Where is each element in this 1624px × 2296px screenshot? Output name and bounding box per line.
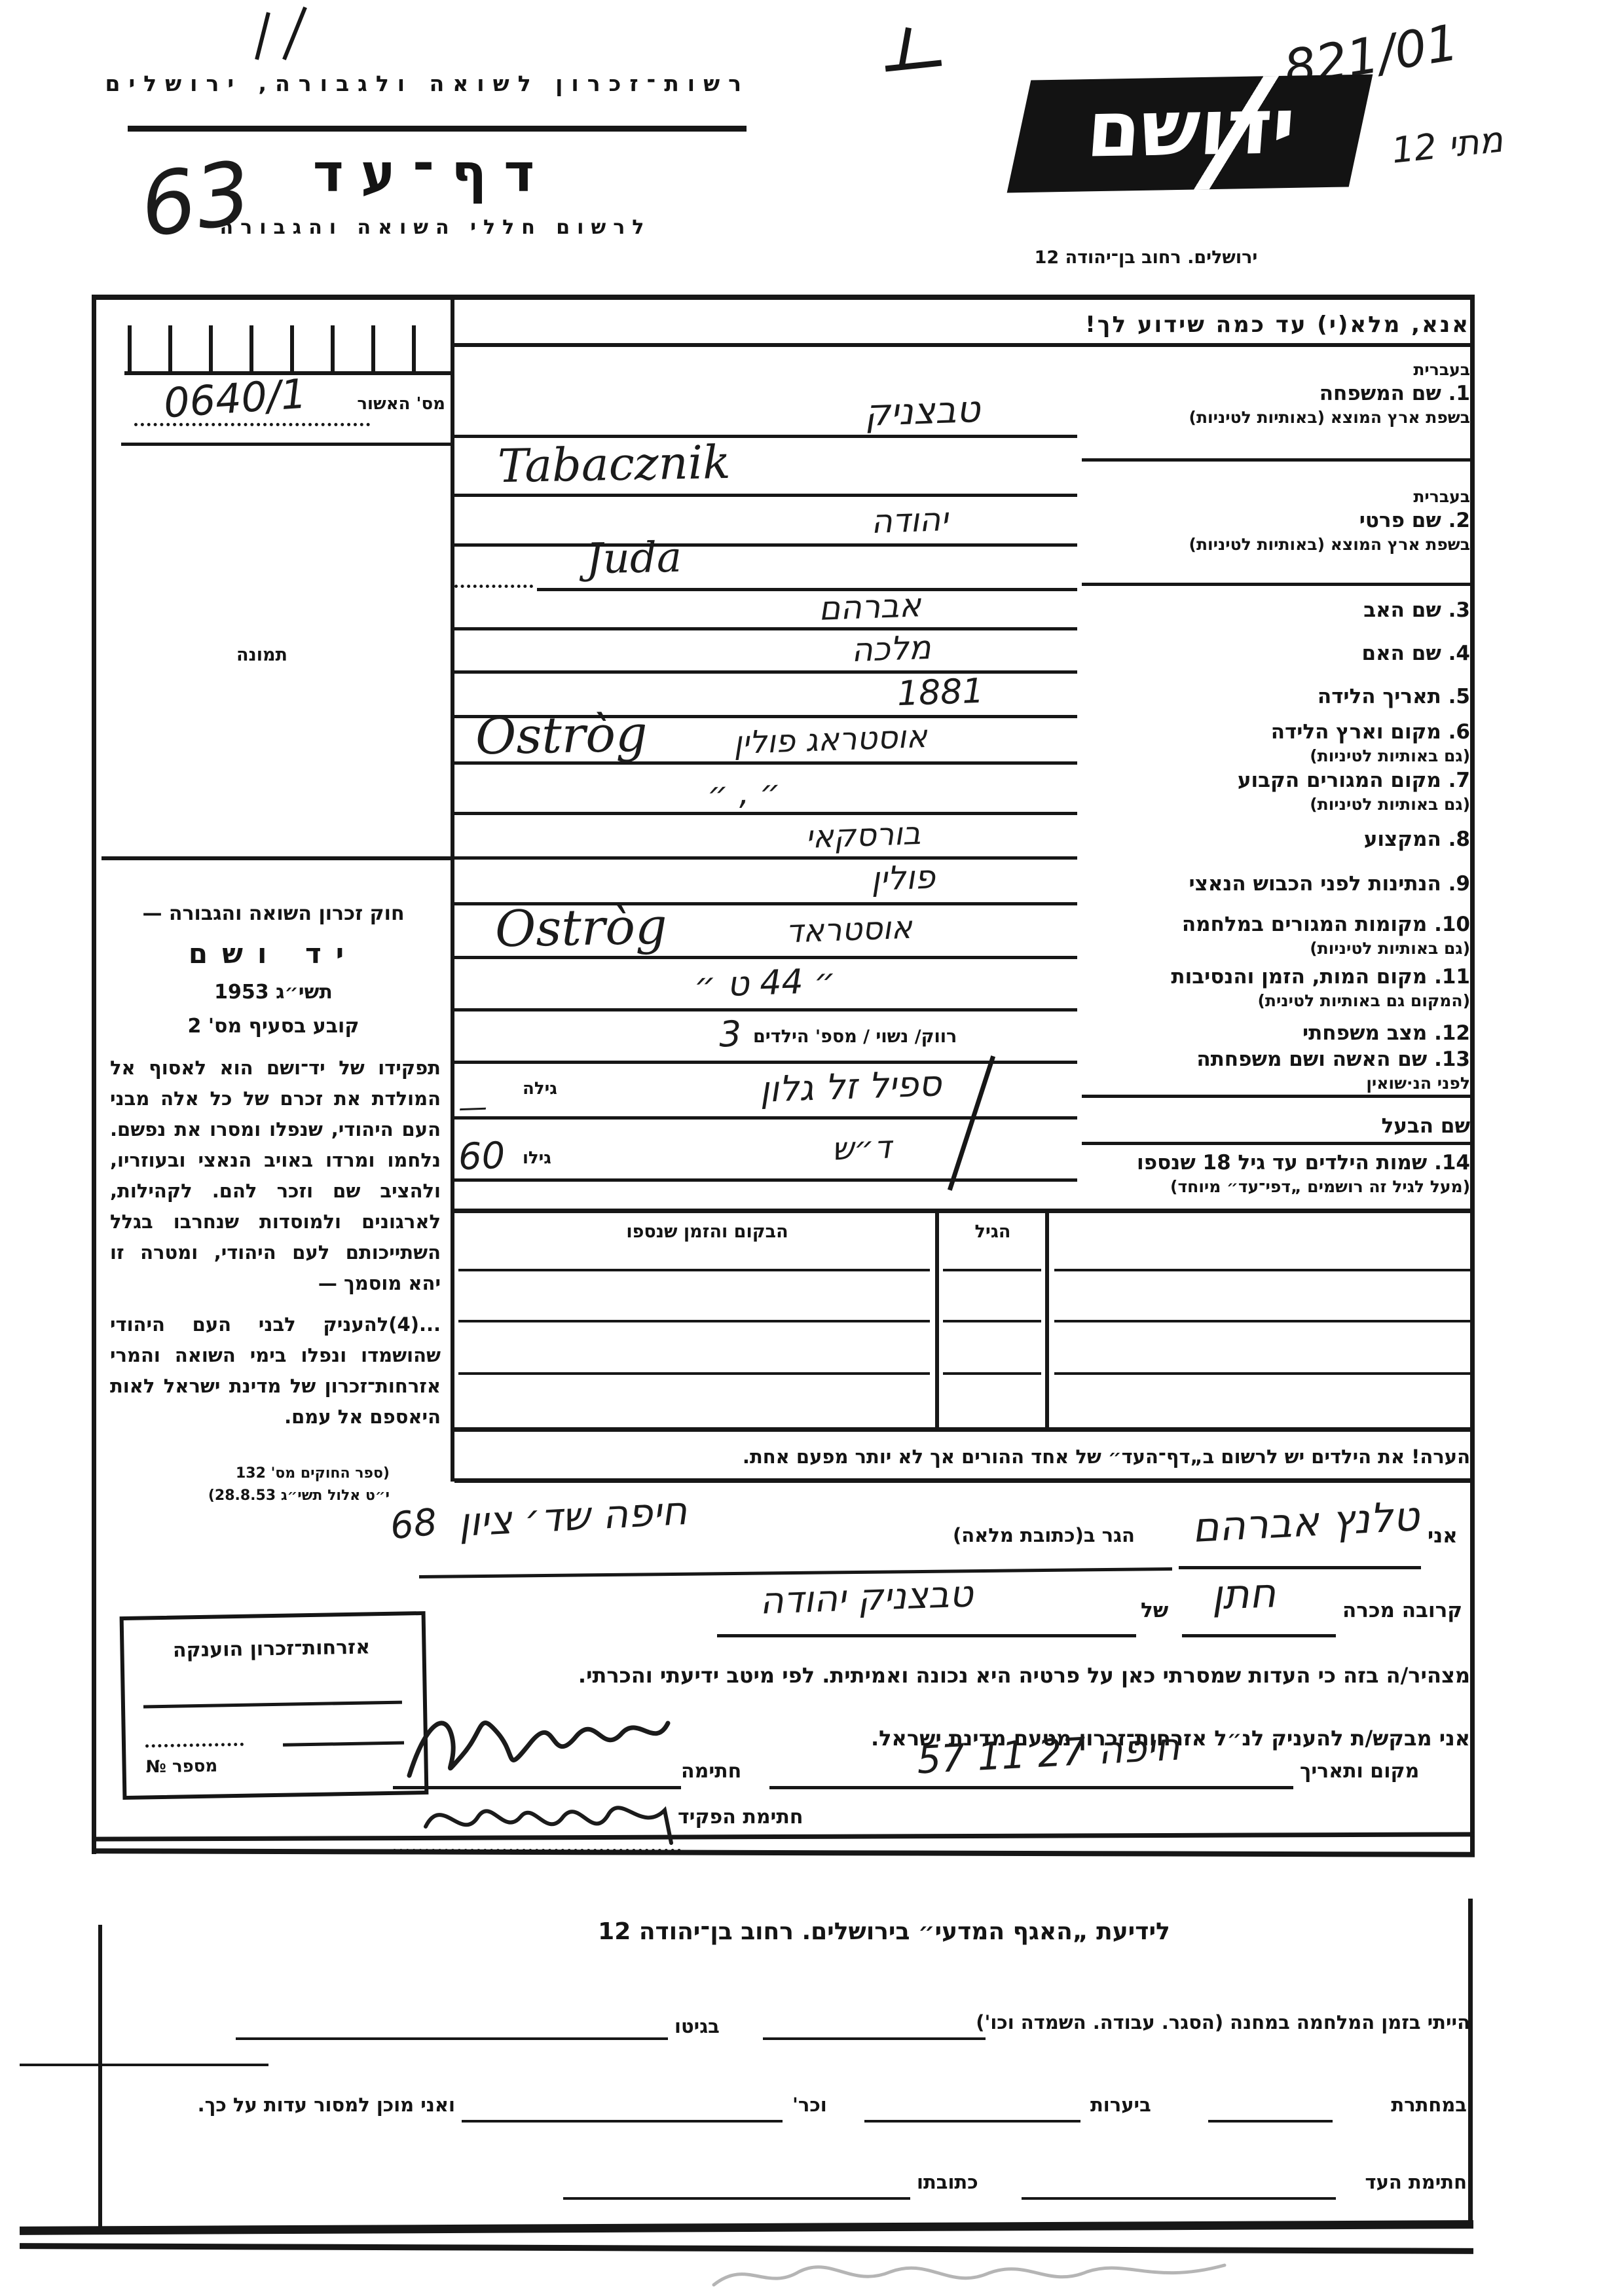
children-note: הערה! את הילדים יש לרשום ב„דף־העד״ של אח…	[458, 1446, 1470, 1468]
bottom-header: לידיעת „האגף המדעי״ בירושלים. רחוב בן־יה…	[393, 1918, 1375, 1945]
bottom-blank-line	[462, 2120, 783, 2123]
field10-labels: 10. מקומות המגורים במלחמה (גם באותיות לט…	[1082, 911, 1470, 959]
header-rule	[128, 126, 747, 132]
label-underline	[1082, 458, 1470, 462]
bottom-underground-label: במחתרת	[1336, 2094, 1467, 2116]
entry-citizenship: פולין	[870, 858, 936, 898]
field2-labels: בעברית 2. שם פרטי בשפת ארץ המוצא (באותיו…	[1082, 486, 1470, 555]
table-row-line	[943, 1320, 1041, 1322]
field14-label: 14. שמות הילדים עד גיל 18 שנספו	[1082, 1150, 1470, 1176]
field11-label: 11. מקום המות, הזמן והנסיבות	[1082, 964, 1470, 990]
page-title: דף־עד	[262, 143, 602, 204]
note-bottom-rule	[454, 1478, 1470, 1483]
photo-placeholder-label: תמונה	[196, 645, 327, 665]
field12-label: 12. מצב משפחתי	[1082, 1020, 1470, 1046]
law-reference-2: י״ט אלול תשי״ג 28.8.53)	[115, 1487, 390, 1504]
decl-underline	[1179, 1566, 1421, 1569]
entry-profession: בורסקאי	[805, 815, 921, 856]
bottom-blank-line	[563, 2197, 910, 2200]
field2-lang-label: בעברית	[1082, 486, 1470, 507]
entry-residence-ditto: ״ , ״	[707, 773, 781, 813]
table-row-line	[943, 1372, 1041, 1375]
table-row-line	[458, 1269, 930, 1271]
law-clause: קובע בסעיף מס' 2	[108, 1015, 439, 1038]
clerk-underline	[393, 1849, 681, 1852]
stamp-title: אזרחות־זכרון הוענקה	[137, 1635, 406, 1662]
decl-of-label: של	[1141, 1599, 1168, 1622]
field8-label: 8. המקצוע	[1082, 826, 1470, 852]
entry-line	[454, 1116, 1077, 1120]
law-paragraph-1: תפקידו של יד־ושם הוא לאסוף אל המולדת את …	[110, 1053, 441, 1299]
decl-place-date-label: מקום ותאריך	[1300, 1760, 1419, 1783]
pen-mark	[255, 12, 270, 60]
clerk-signature	[413, 1781, 674, 1853]
entry-birth-date: 1881	[896, 672, 984, 714]
entry-line	[454, 1178, 1077, 1182]
field14-sub-label: (מעל לגיל זה רושמים „דפי־עד״ מיוחד)	[1082, 1176, 1470, 1197]
field6-labels: 6. מקום וארץ הלידה (גם באותיות לטיניות)	[1082, 719, 1470, 767]
bottom-blank-line	[864, 2120, 1080, 2123]
yad-vashem-logo: ידושם	[1007, 74, 1373, 192]
approval-number-label: מס' האשור	[341, 394, 445, 414]
wife-age-label: גילה	[523, 1079, 557, 1099]
entry-line	[454, 856, 1077, 860]
husband-name-label: שם הבעל	[1082, 1113, 1470, 1139]
field2-label: 2. שם פרטי	[1082, 507, 1470, 534]
field14-labels: 14. שמות הילדים עד גיל 18 שנספו (מעל לגי…	[1082, 1150, 1470, 1197]
decl-of-name: טבצניק יהודה	[759, 1573, 974, 1622]
pen-mark	[899, 27, 912, 66]
table-col-place: הבקום והזמן שנספו	[524, 1222, 891, 1242]
decl-underline	[419, 1567, 1172, 1578]
decl-relation-label: קרובה מכרה	[1342, 1599, 1462, 1622]
hand-number-63: 63	[134, 142, 257, 257]
field5-label: 5. תאריך הלידה	[1082, 683, 1470, 710]
law-paragraph-2: ‏...(4)להעניק לבני העם היהודי שהושמדו ונ…	[110, 1309, 441, 1432]
table-row-line	[1054, 1372, 1470, 1375]
entry-first-name-lat: Juda	[585, 534, 682, 584]
table-row-line	[458, 1372, 930, 1375]
decl-statement: מצהיר/ה בזה כי העדות שמסרתי כאן על פרטיה…	[454, 1663, 1470, 1688]
label-underline	[1082, 583, 1470, 586]
entry-line	[454, 435, 1077, 438]
entry-war-residence-heb: אוסטראד	[785, 909, 913, 951]
field9-label: 9. הנתינות לפני הכבוש הנאצי	[1082, 871, 1470, 897]
entry-mother-name: מלכה	[851, 629, 931, 669]
marital-status-options: רווק/ נשוי / מספ' הילדים	[753, 1027, 1015, 1047]
entry-birth-place-lat: Ostròg	[475, 704, 648, 766]
table-row-line	[1054, 1320, 1470, 1322]
bottom-blank-line	[20, 2064, 268, 2066]
table-row-line	[1054, 1269, 1470, 1271]
entry-family-name-lat: Tabacznik	[497, 435, 731, 493]
field7-sub-label: (גם באותיות לטיניות)	[1082, 793, 1470, 815]
label-underline	[1082, 1142, 1470, 1145]
entry-line	[454, 494, 1077, 497]
bottom-box-left	[98, 1925, 102, 2227]
bottom-camp-label: הייתי בזמן המלחמה במחנה (הסגר. עבודה. הש…	[986, 2011, 1470, 2033]
field10-sub-label: (גם באותיות לטיניות)	[1082, 938, 1470, 959]
law-reference-1: (ספר החוקים מס' 132	[115, 1465, 390, 1482]
decl-signature-label: חתימה	[681, 1760, 741, 1783]
stamp-line2	[283, 1741, 404, 1747]
instruction-rule	[454, 343, 1470, 347]
entry-line	[454, 627, 1077, 630]
entry-line-dashed	[454, 585, 533, 588]
table-row-line	[458, 1320, 930, 1322]
field6-sub-label: (גם באותיות לטיניות)	[1082, 745, 1470, 767]
field13-labels: 13. שם האשה ושם משפחתה לפני הנ·שואין	[1082, 1046, 1470, 1094]
field3-label: 3. שם האב	[1082, 597, 1470, 623]
stamp-number-label: מספר №	[145, 1757, 217, 1777]
table-top-rule	[454, 1209, 1470, 1213]
org-address: ירושלים. רחוב בן־יהודה 12	[1002, 247, 1290, 268]
bottom-witness-sig-label: חתימת העד	[1342, 2171, 1467, 2193]
bottom-forests-label: ביערות	[1090, 2094, 1151, 2116]
sidebar-rule2	[101, 856, 451, 860]
entry-birth-place-heb: אוסטראג פולין	[733, 718, 928, 761]
ruler-comb	[128, 325, 450, 373]
decl-clerk-label: חתימת הפקיד	[678, 1806, 803, 1829]
bottom-ready-label: ואני מוכן למסור עדות על כך.	[79, 2094, 455, 2116]
bottom-ghetto-label: בגיטו	[674, 2015, 720, 2037]
entry-wife-name: ספיל זל גלון	[759, 1063, 942, 1110]
law-year: תשי״ג 1953	[108, 981, 439, 1004]
bottom-blank-line	[1022, 2197, 1336, 2200]
entry-line	[454, 1061, 1077, 1064]
field2-sub-label: בשפת ארץ המוצא (באותיות לטיניות)	[1082, 534, 1470, 555]
husband-age-label: גילו	[523, 1148, 551, 1168]
fill-instruction: אנא, מלא(י) עד כמה שידוע לך!	[1048, 312, 1470, 338]
field11-sub-label: (המקום גם באותיות לטינית)	[1082, 990, 1470, 1011]
entry-husband-age: 60	[458, 1135, 506, 1178]
law-title: חוק זכרון השואה והגבורה —	[108, 902, 439, 925]
field7-labels: 7. מקום המגורים הקבוע (גם באותיות לטיניו…	[1082, 767, 1470, 815]
decl-i-label: אני	[1428, 1524, 1458, 1548]
entry-line	[454, 812, 1077, 815]
sidebar-rule1	[121, 443, 451, 446]
table-row-line	[943, 1269, 1041, 1271]
field4-label: 4. שם האם	[1082, 640, 1470, 666]
approval-underline	[134, 423, 370, 426]
table-vline	[1045, 1209, 1049, 1430]
org-title: רשות־זכרון לשואה ולגבורה, ירושלים	[128, 71, 750, 96]
entry-children-count: 3	[718, 1013, 743, 1055]
field1-sub-label: בשפת ארץ המוצא (באותיות לטיניות)	[1082, 407, 1470, 428]
entry-line	[454, 1008, 1077, 1011]
entry-husband-mark: ד״ש	[831, 1129, 892, 1167]
pen-stroke-diagonal	[948, 1055, 995, 1191]
decl-address-number: 68	[388, 1501, 439, 1548]
bottom-blank-line	[236, 2037, 668, 2040]
form-border-bottom1	[92, 1832, 1475, 1841]
bottom-etc-label: וכר'	[792, 2094, 827, 2116]
form-border-left	[92, 295, 96, 1854]
citizenship-stamp-box: אזרחות־זכרון הוענקה מספר №	[120, 1611, 429, 1800]
wife-age-mark: —	[458, 1090, 488, 1125]
decl-underline	[769, 1786, 1293, 1789]
pen-mark	[282, 7, 307, 60]
testimony-page: רשות־זכרון לשואה ולגבורה, ירושלים דף־עד …	[0, 0, 1624, 2296]
approval-number-value: 0640/1	[162, 369, 308, 427]
field1-lang-label: בעברית	[1082, 359, 1470, 380]
bottom-box-right	[1468, 1899, 1473, 2227]
entry-death-place: ״ 44 ט ״	[693, 961, 836, 1006]
field13-label: 13. שם האשה ושם משפחתה	[1082, 1046, 1470, 1072]
field11-labels: 11. מקום המות, הזמן והנסיבות (המקום גם ב…	[1082, 964, 1470, 1011]
stamp-line3	[145, 1743, 244, 1748]
bottom-blank-line	[1208, 2120, 1333, 2123]
decl-address-label: הגר ב(כתובת מלאה)	[953, 1524, 1135, 1546]
logo-text: ידושם	[1043, 80, 1339, 175]
entry-line	[537, 588, 1077, 591]
decl-witness-address: חיפה שד׳ ציון	[457, 1488, 688, 1546]
field10-label: 10. מקומות המגורים במלחמה	[1082, 911, 1470, 938]
form-border-right	[1470, 295, 1475, 1854]
decl-witness-name: טלנץ אברהם	[1190, 1492, 1420, 1552]
faint-scribble	[707, 2252, 1231, 2296]
hand-corner-note: מתי 12	[1390, 118, 1505, 171]
bottom-blank-line	[763, 2037, 986, 2040]
entry-first-name-heb: יהודה	[870, 500, 948, 541]
field1-label: 1. שם המשפחה	[1082, 380, 1470, 407]
bottom-address-label: כתובתו	[917, 2171, 978, 2193]
law-name: יד ושם	[108, 938, 439, 970]
page-bottom-rule1	[20, 2220, 1473, 2235]
field7-label: 7. מקום המגורים הקבוע	[1082, 767, 1470, 793]
table-bottom-rule	[454, 1427, 1470, 1432]
entry-line	[454, 670, 1077, 674]
table-vline	[935, 1209, 939, 1430]
label-underline	[1082, 1095, 1470, 1098]
form-border-top	[92, 295, 1475, 300]
entry-war-residence-lat: Ostròg	[494, 897, 667, 958]
table-col-age: הגיל	[940, 1222, 1045, 1242]
decl-relation-value: חתן	[1211, 1569, 1277, 1618]
entry-line	[454, 543, 1077, 547]
field6-label: 6. מקום וארץ הלידה	[1082, 719, 1470, 745]
sidebar-divider	[451, 298, 454, 1482]
decl-underline	[717, 1634, 1136, 1637]
entry-family-name-heb: טבצניק	[864, 388, 981, 435]
entry-father-name: אברהם	[818, 586, 921, 627]
form-border-bottom2	[92, 1848, 1475, 1857]
field13-sub-label: לפני הנ·שואין	[1082, 1072, 1470, 1094]
field1-labels: בעברית 1. שם המשפחה בשפת ארץ המוצא (באות…	[1082, 359, 1470, 428]
pen-mark	[885, 60, 942, 72]
stamp-line	[143, 1701, 402, 1709]
decl-underline	[1182, 1634, 1336, 1637]
